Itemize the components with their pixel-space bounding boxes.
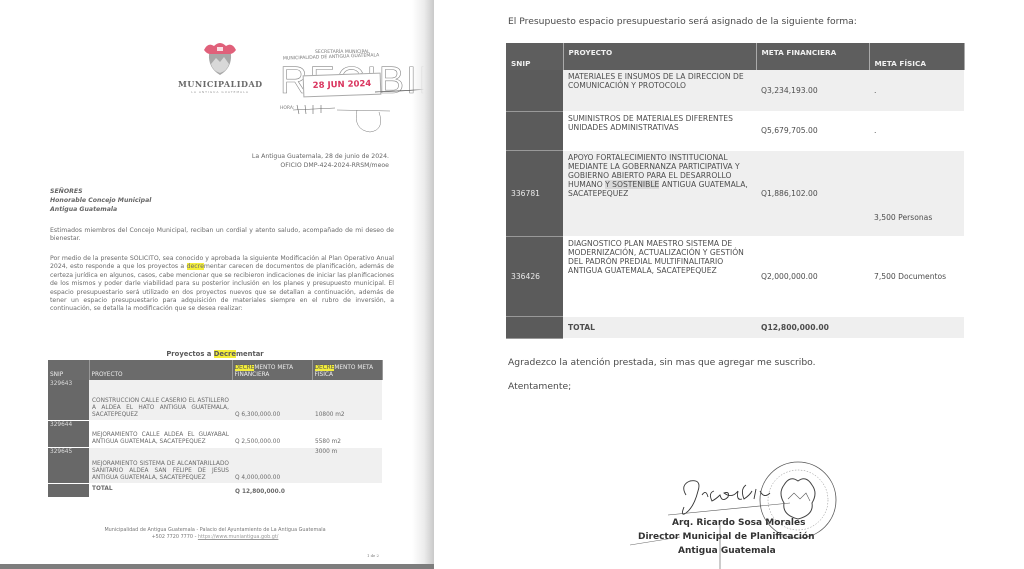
addressee-line: Honorable Concejo Municipal (50, 196, 151, 205)
table-row: SUMINISTROS DE MATERIALES DIFERENTES UNI… (506, 111, 964, 150)
decrement-table-caption: Proyectos a Decrementar (48, 350, 382, 358)
cell-meta-financiera: Q3,234,193.00 (756, 70, 869, 111)
cell-proyecto: MATERIALES E INSUMOS DE LA DIRECCION DE … (563, 70, 756, 111)
table-header-row: SNIP PROYECTO META FINANCIERA META FÍSIC… (506, 43, 964, 70)
total-value: Q 12,800,000.0 (232, 483, 312, 497)
cell-meta-financiera: Q 4,000,000.00 (232, 447, 312, 483)
cell-snip: 336781 (506, 150, 563, 236)
cell-meta-fisica: 7,500 Documentos (869, 236, 964, 316)
header-highlight: DECRE (235, 365, 255, 371)
cell-meta-fisica: 3,500 Personas (869, 150, 964, 236)
budget-allocation-table: SNIP PROYECTO META FINANCIERA META FÍSIC… (506, 43, 965, 339)
cell-meta-financiera: Q 6,300,000.00 (232, 380, 312, 420)
logo-title: MUNICIPALIDAD (178, 79, 262, 89)
body-text: mentar carecen de documentos de planific… (50, 263, 394, 312)
cell-meta-financiera: Q1,886,102.00 (756, 150, 869, 236)
addressee-line: Antigua Guatemala (50, 205, 151, 214)
cell-proyecto: SUMINISTROS DE MATERIALES DIFERENTES UNI… (563, 111, 756, 150)
page-bottom-band (0, 564, 434, 569)
signatory-name: Arq. Ricardo Sosa Morales (672, 518, 805, 528)
header-meta-financiera: DECREMENTO META FINANCIERA (232, 360, 312, 380)
cell-proyecto: MEJORAMIENTO SISTEMA DE ALCANTARILLADO S… (89, 447, 232, 483)
cell-meta-fisica: 10800 m2 (312, 380, 382, 420)
cell-meta-financiera: Q 2,500,000.00 (232, 420, 312, 447)
total-label: TOTAL (563, 316, 756, 338)
logo-subtitle: LA ANTIGUA GUATEMALA (178, 90, 262, 94)
header-proyecto: PROYECTO (89, 360, 232, 380)
body-paragraph: Por medio de la presente SOLICITO, sea c… (50, 255, 394, 314)
signatory-city: Antigua Guatemala (678, 546, 776, 556)
footer-address: Municipalidad de Antigua Guatemala - Pal… (50, 527, 380, 534)
cell-snip-empty (506, 316, 563, 338)
cell-meta-fisica: . (869, 111, 964, 150)
table-row: 329645 MEJORAMIENTO SISTEMA DE ALCANTARI… (48, 447, 382, 483)
closing-text: Agradezco la atención prestada, sin mas … (508, 357, 816, 368)
greeting-paragraph: Estimados miembros del Concejo Municipal… (50, 227, 394, 244)
caption-text: mentar (236, 350, 264, 358)
budget-intro-text: El Presupuesto espacio presupuestario se… (508, 16, 857, 27)
cell-meta-fisica: 3000 m (312, 447, 382, 483)
footer-contact: +502 7720 7770 - https://www.muniantigua… (50, 534, 380, 541)
oficio-reference: OFICIO DMP-424-2024-RRSM/meoe (252, 161, 389, 170)
header-meta-financiera: META FINANCIERA (756, 43, 869, 70)
table-row: 329643 CONSTRUCCION CALLE CASERIO EL AST… (48, 380, 382, 420)
page-number: 1 de 2 (367, 553, 379, 558)
cell-empty (312, 483, 382, 497)
cell-meta-fisica: . (869, 70, 964, 111)
cell-snip: 329644 (48, 420, 89, 447)
regards-text: Atentamente; (508, 381, 571, 392)
signature-block: Arq. Ricardo Sosa Morales Director Munic… (620, 455, 940, 569)
caption-highlight: Decre (214, 350, 236, 358)
cell-empty (869, 316, 964, 338)
cell-meta-financiera: Q5,679,705.00 (756, 111, 869, 150)
page-edge-shadow (412, 0, 434, 569)
cell-proyecto: DIAGNOSTICO PLAN MAESTRO SISTEMA DE MODE… (563, 236, 756, 316)
addressee-block: SEÑORES Honorable Concejo Municipal Anti… (50, 187, 151, 214)
signature-and-seal-icon (620, 455, 940, 569)
footer-website-link[interactable]: https://www.muniantigua.gob.gt/ (198, 534, 279, 540)
addressee-line: SEÑORES (50, 187, 151, 196)
table-row: MATERIALES E INSUMOS DE LA DIRECCION DE … (506, 70, 964, 111)
cell-snip: 329643 (48, 380, 89, 420)
cell-meta-fisica: 5580 m2 (312, 420, 382, 447)
decrement-projects-table: SNIP PROYECTO DECREMENTO META FINANCIERA… (48, 360, 383, 498)
cell-meta-financiera: Q2,000,000.00 (756, 236, 869, 316)
header-proyecto: PROYECTO (563, 43, 756, 70)
signatory-title: Director Municipal de Planificación (638, 532, 815, 542)
total-label: TOTAL (89, 483, 232, 497)
table-total-row: TOTAL Q 12,800,000.0 (48, 483, 382, 497)
table-header-row: SNIP PROYECTO DECREMENTO META FINANCIERA… (48, 360, 382, 380)
caption-text: Proyectos a (166, 350, 213, 358)
coat-of-arms-icon (200, 40, 240, 78)
cell-snip-empty (48, 483, 89, 497)
header-meta-fisica: META FÍSICA (869, 43, 964, 70)
location-date: La Antigua Guatemala, 28 de junio de 202… (252, 152, 389, 161)
page-footer: Municipalidad de Antigua Guatemala - Pal… (50, 527, 380, 541)
stamp-handwriting-icon (275, 50, 434, 140)
footer-phone: +502 7720 7770 - (152, 534, 198, 540)
cell-proyecto: CONSTRUCCION CALLE CASERIO EL ASTILLERO … (89, 380, 232, 420)
header-snip: SNIP (506, 43, 563, 70)
table-row: 336781 APOYO FORTALECIMIENTO INSTITUCION… (506, 150, 964, 236)
header-highlight: DECRE (315, 365, 335, 371)
left-page: MUNICIPALIDAD LA ANTIGUA GUATEMALA SECRE… (0, 0, 434, 569)
header-snip: SNIP (48, 360, 89, 380)
received-stamp: SECRETARÍA MUNICIPAL MUNICIPALIDAD DE AN… (275, 50, 425, 130)
selected-text: Y SOSTENIBLE (605, 180, 659, 189)
municipality-logo: MUNICIPALIDAD LA ANTIGUA GUATEMALA (178, 40, 262, 94)
location-date-block: La Antigua Guatemala, 28 de junio de 202… (252, 152, 389, 170)
header-meta-fisica: DECREMENTO META FÍSICA (312, 360, 382, 380)
table-row: 329644 MEJORAMIENTO CALLE ALDEA EL GUAYA… (48, 420, 382, 447)
cell-snip: 329645 (48, 447, 89, 483)
cell-snip (506, 70, 563, 111)
table-row: 336426 DIAGNOSTICO PLAN MAESTRO SISTEMA … (506, 236, 964, 316)
highlighted-text: decre (187, 263, 204, 270)
cell-proyecto: MEJORAMIENTO CALLE ALDEA EL GUAYABAL ANT… (89, 420, 232, 447)
table-total-row: TOTAL Q12,800,000.00 (506, 316, 964, 338)
cell-proyecto: APOYO FORTALECIMIENTO INSTITUCIONAL MEDI… (563, 150, 756, 236)
right-page: El Presupuesto espacio presupuestario se… (434, 0, 1024, 569)
cell-snip (506, 111, 563, 150)
cell-snip: 336426 (506, 236, 563, 316)
total-value: Q12,800,000.00 (756, 316, 869, 338)
